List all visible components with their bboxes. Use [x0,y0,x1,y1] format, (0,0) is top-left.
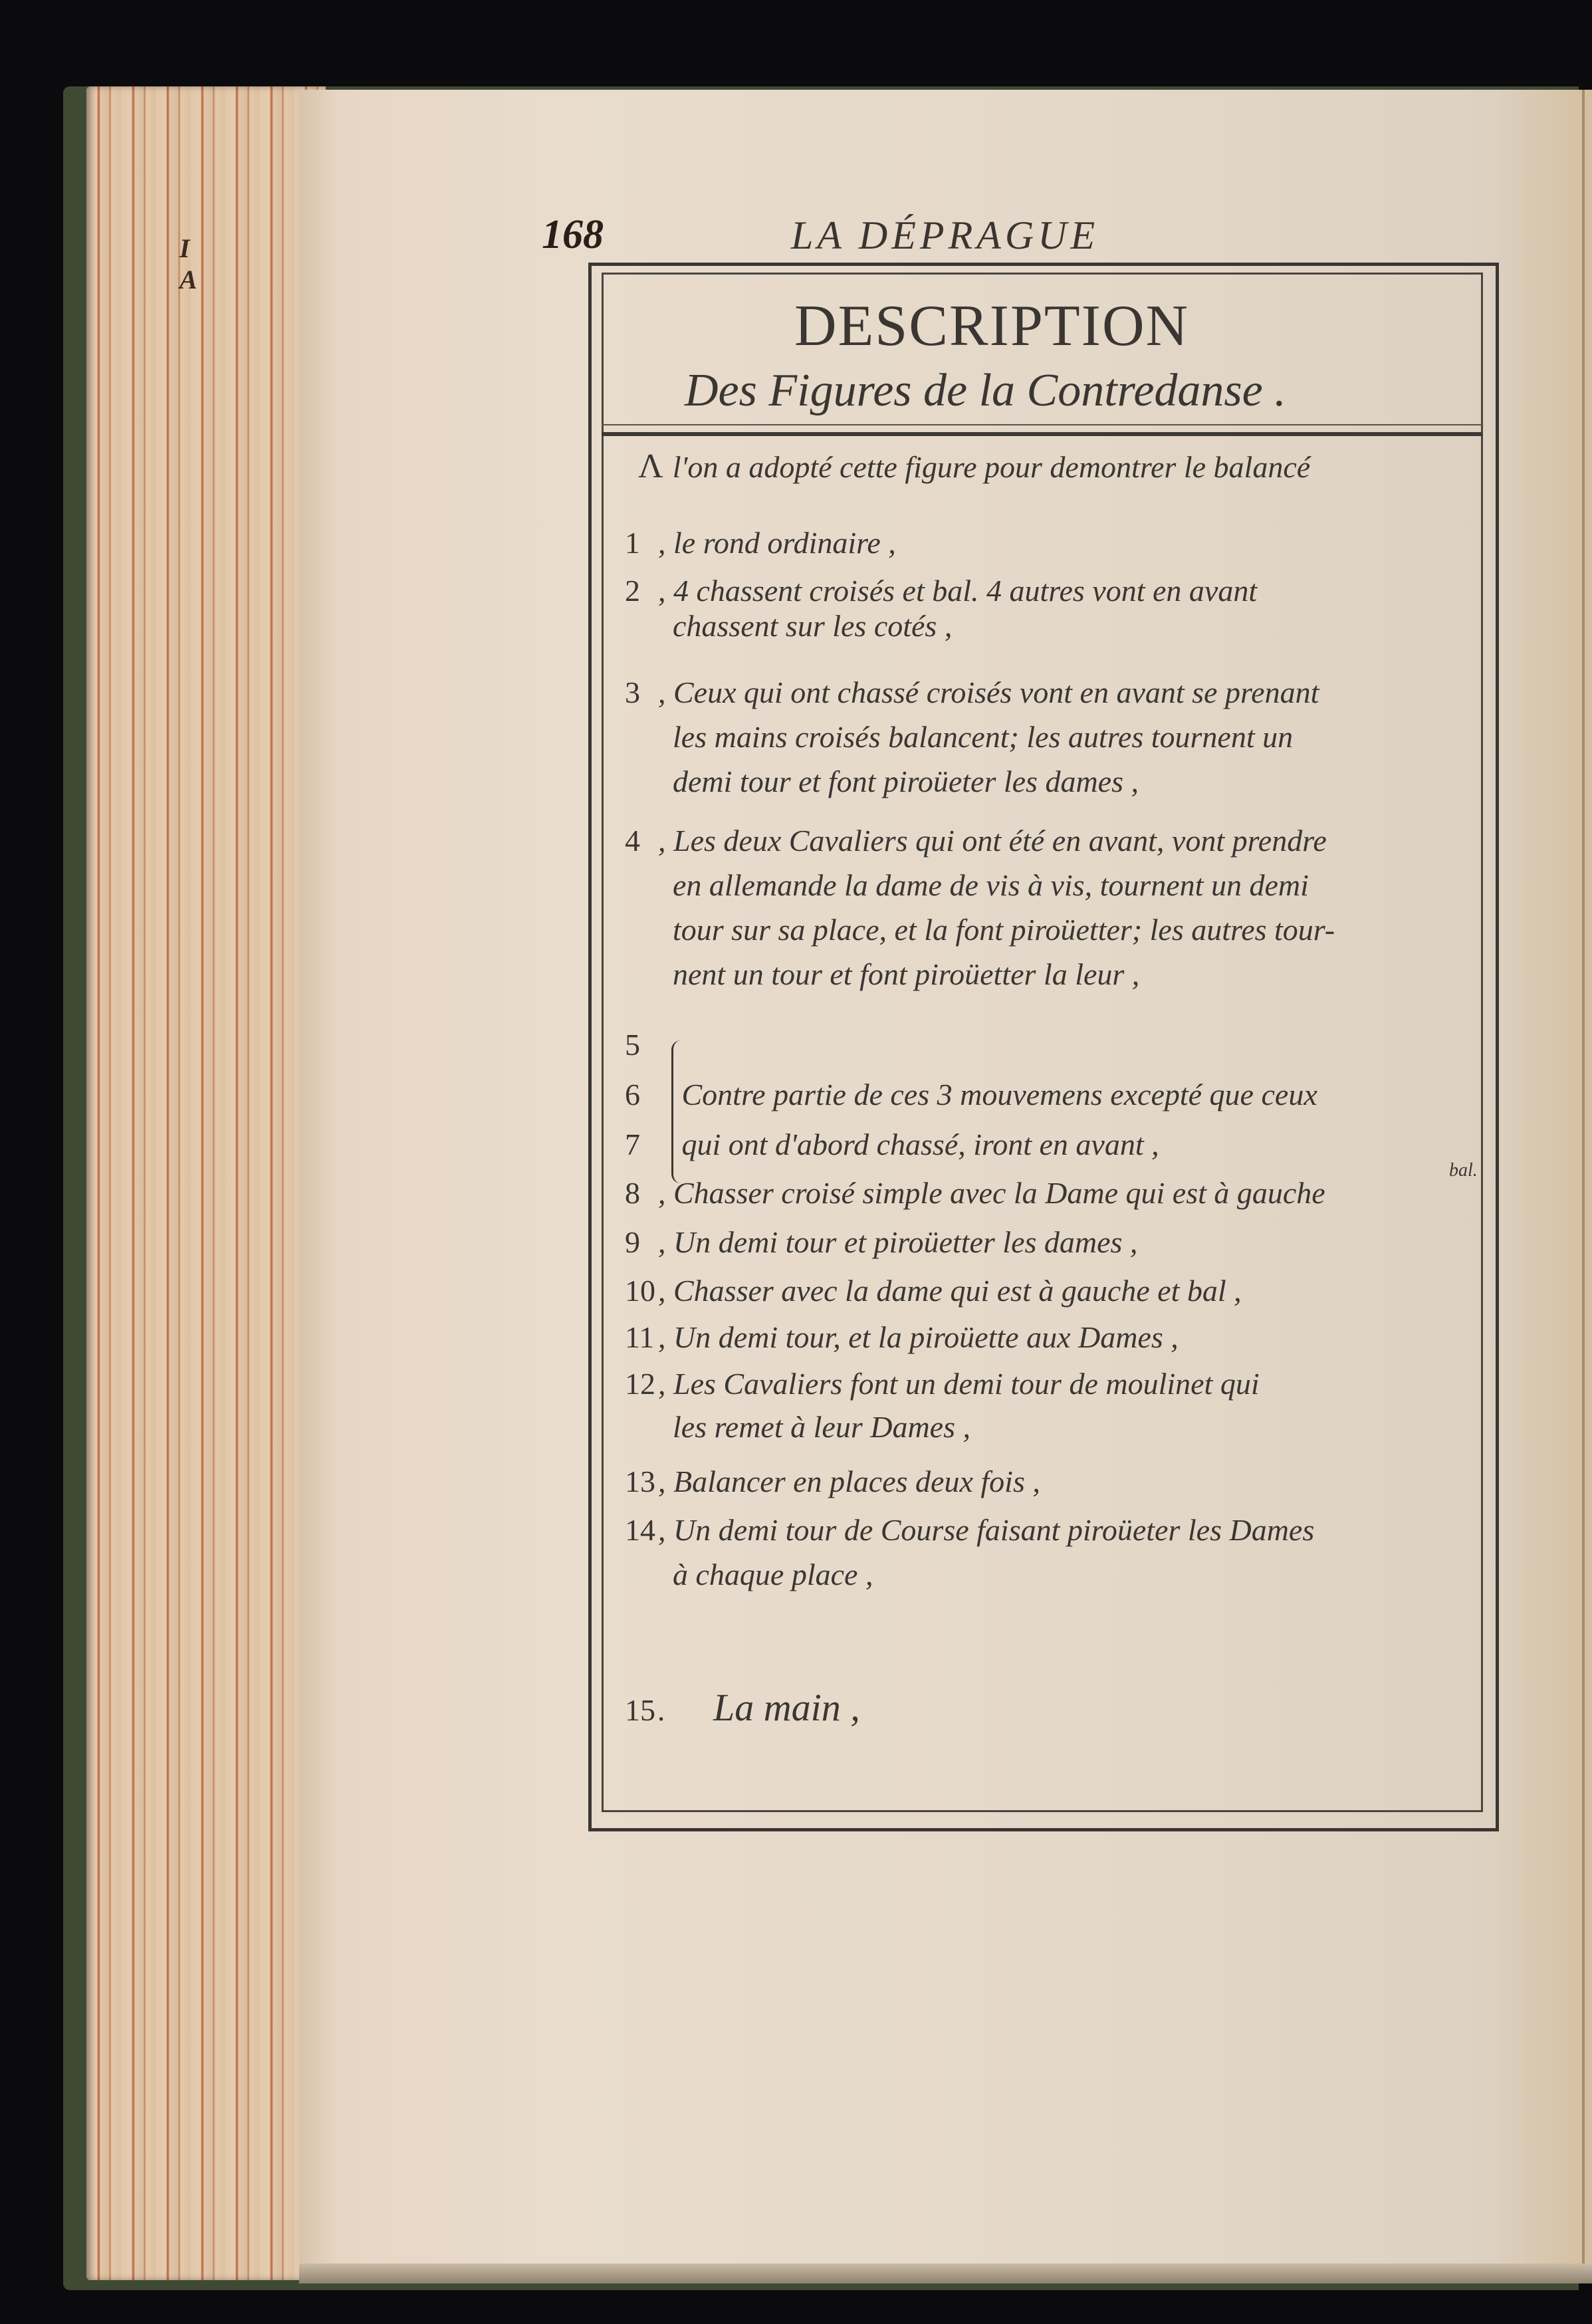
list-item: 4, Les deux Cavaliers qui ont été en ava… [625,823,1335,992]
list-item: 6 Contre partie de ces 3 mouvemens excep… [625,1077,1317,1112]
item-number: 2 [625,573,658,608]
item-number: 3 [625,675,658,710]
intro-text: l'on a adopté cette figure pour demontre… [673,450,1310,484]
item-text: Un demi tour et piroüetter les dames , [673,1225,1137,1259]
item-text: Les deux Cavaliers qui ont été en avant,… [673,824,1327,858]
running-head: LA DÉPRAGUE [791,213,1099,259]
item-text: Un demi tour, et la piroüette aux Dames … [673,1320,1179,1354]
list-item: 11, Un demi tour, et la piroüette aux Da… [625,1320,1179,1355]
item-text: Contre partie de ces 3 mouvemens excepté… [666,1078,1317,1111]
section-subtitle: Des Figures de la Contredanse . [685,364,1286,417]
balance-figure-icon: Λ [638,447,663,485]
item-number: 6 [625,1077,658,1112]
list-item: 8, Chasser croisé simple avec la Dame qu… [625,1175,1325,1211]
list-item: 10, Chasser avec la dame qui est à gauch… [625,1273,1242,1308]
list-item: 7 qui ont d'abord chassé, iront en avant… [625,1127,1159,1162]
item-number: 5 [625,1027,658,1062]
item-number: 11 [625,1320,658,1355]
item-text: Balancer en places deux fois , [673,1464,1040,1498]
item-text-cont: tour sur sa place, et la font piroüetter… [625,912,1335,947]
list-item: 5 [625,1027,658,1062]
item-number: 13 [625,1464,658,1499]
list-item: 3, Ceux qui ont chassé croisés vont en a… [625,675,1319,799]
item-text-cont: chassent sur les cotés , [625,608,1257,643]
item-number: 9 [625,1224,658,1260]
item-text: Ceux qui ont chassé croisés vont en avan… [673,675,1319,709]
section-title: DESCRIPTION [794,292,1189,360]
page-gutter [1582,90,1585,2283]
item-text: qui ont d'abord chassé, iront en avant , [666,1127,1159,1161]
item-number: 8 [625,1175,658,1211]
item-text: le rond ordinaire , [673,526,896,560]
list-item: 12, Les Cavaliers font un demi tour de m… [625,1366,1260,1445]
page-bottom-edge [299,2264,1592,2283]
item-number: 15 [625,1692,658,1728]
item-number: 10 [625,1273,658,1308]
page-edges-stack: I A [86,86,326,2280]
item-text: 4 chassent croisés et bal. 4 autres vont… [673,574,1257,608]
list-item: 2, 4 chassent croisés et bal. 4 autres v… [625,573,1257,643]
bracket-items-5-7 [671,1040,683,1183]
item-text-cont: à chaque place , [625,1557,1314,1592]
list-item: 9, Un demi tour et piroüetter les dames … [625,1224,1137,1260]
item-text-cont: en allemande la dame de vis à vis, tourn… [625,868,1335,903]
item-text-cont: nent un tour et font piroüetter la leur … [625,957,1335,992]
item-text: Chasser avec la dame qui est à gauche et… [673,1274,1242,1308]
item-number: 4 [625,823,658,858]
header-divider-thin [602,424,1482,425]
item-text: La main , [673,1686,860,1729]
item-text: Un demi tour de Course faisant piroüeter… [673,1513,1314,1547]
item-text: Les Cavaliers font un demi tour de mouli… [673,1367,1260,1401]
item-number: 14 [625,1512,658,1548]
item-text-cont: demi tour et font piroüeter les dames , [625,764,1319,799]
item-number: 12 [625,1366,658,1401]
item-number: 1 [625,525,658,560]
margin-note: bal. [1449,1160,1478,1181]
intro-line: Λl'on a adopté cette figure pour demontr… [638,447,1310,486]
header-divider [602,432,1482,436]
item-text-cont: les remet à leur Dames , [625,1409,1260,1445]
list-item: 14, Un demi tour de Course faisant piroü… [625,1512,1314,1592]
list-item: 15. La main , [625,1685,860,1730]
page-number: 168 [542,211,604,259]
list-item: 13, Balancer en places deux fois , [625,1464,1040,1499]
item-text-cont: les mains croisés balancent; les autres … [625,719,1319,755]
item-number: 7 [625,1127,658,1162]
item-text: Chasser croisé simple avec la Dame qui e… [673,1176,1325,1210]
list-item: 1, le rond ordinaire , [625,525,896,560]
